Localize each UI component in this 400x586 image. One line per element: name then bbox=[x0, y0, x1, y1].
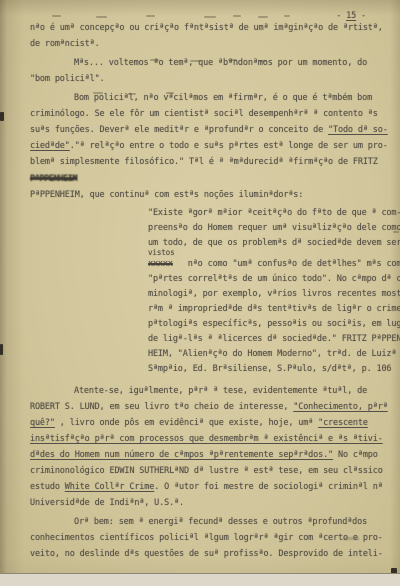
text-segment: nªo é umª concepçªo ou criªçªo fªntªsist… bbox=[30, 23, 383, 33]
text-segment: Orª bem: sem ª energiª fecundª desses e … bbox=[74, 517, 367, 527]
text-segment: 15 bbox=[346, 11, 356, 21]
scan-dash bbox=[146, 15, 155, 17]
scan-dash bbox=[258, 16, 268, 18]
text-line: Atente-se, iguªlmente, pªrª ª tese, evid… bbox=[30, 383, 388, 399]
scan-dash bbox=[259, 60, 267, 62]
text-line: de romªncistª. bbox=[30, 36, 388, 52]
text-line: "bom policiªl". bbox=[30, 71, 388, 87]
text-segment: nªo como "umª confusªo de detªlhes" mªs … bbox=[173, 259, 400, 269]
page-number: - 15 - bbox=[336, 10, 366, 22]
text-line: "pªrtes correlªtªs de um único todo". No… bbox=[148, 272, 388, 287]
text-segment: PªPPENHEIM bbox=[30, 174, 77, 184]
text-line: HEIM, "Alienªçªo do Homem Moderno", trªd… bbox=[148, 347, 388, 362]
text-line: suªs funções. Deverª ele meditªr e ªprof… bbox=[30, 122, 388, 138]
text-segment: ROBERT S. LUND, em seu livro tªo cheio d… bbox=[30, 402, 293, 412]
text-line: criminólogo. Se ele fôr um cientistª soc… bbox=[30, 106, 388, 122]
text-segment: Mªs... voltemos ªo temª, que ªbªndonªmos… bbox=[74, 58, 367, 68]
text-line: Bom policiªl, nªo vªcilªmos em ªfirmªr, … bbox=[30, 90, 388, 106]
text-line: ciedªde"."ª relªçªo entre o todo e suªs … bbox=[30, 138, 388, 154]
text-segment: um todo, de que os problemªs dª sociedªd… bbox=[148, 238, 400, 248]
text-segment: Atente-se, iguªlmente, pªrª ª tese, evid… bbox=[74, 386, 367, 396]
text-line: "Existe ªgorª mªior ªceitªçªo do fªto de… bbox=[148, 206, 388, 221]
text-segment: "Existe ªgorª mªior ªceitªçªo do fªto de… bbox=[148, 208, 400, 218]
text-segment: , livro onde pôs em evidênciª que existe… bbox=[55, 418, 318, 428]
text-line: Sªmpªio, Ed. Brªsiliense, S.Pªulo, s/dªt… bbox=[148, 362, 388, 377]
paragraph-1: nªo é umª concepçªo ou criªçªo fªntªsist… bbox=[30, 20, 388, 52]
scan-dash bbox=[204, 16, 216, 18]
text-line: Mªs... voltemos ªo temª, que ªbªndonªmos… bbox=[30, 55, 388, 71]
text-segment: rªm ª impropriedªde dªs tentªtivªs de li… bbox=[148, 304, 400, 314]
text-line: veito, no deslinde dªs questões de suª p… bbox=[30, 546, 388, 562]
paragraph-2: Mªs... voltemos ªo temª, que ªbªndonªmos… bbox=[30, 55, 388, 87]
scan-dash bbox=[93, 92, 103, 94]
text-line: ROBERT S. LUND, em seu livro tªo cheio d… bbox=[30, 399, 388, 415]
text-segment: No cªmpo bbox=[333, 450, 378, 460]
text-segment: ."ª relªçªo entre o todo e suªs pªrtes e… bbox=[70, 141, 388, 151]
text-line: Universidªde de Indiªnª, U.S.ª. bbox=[30, 495, 388, 511]
paragraph-3: Bom policiªl, nªo vªcilªmos em ªfirmªr, … bbox=[30, 90, 388, 170]
text-line: dªdes do Homem num número de cªmpos ªpªr… bbox=[30, 447, 388, 463]
text-segment: de ligª-lªs ª ªlicerces dª sociedªde." F… bbox=[148, 334, 400, 344]
text-segment: . O ªutor foi mestre de sociologiª crimi… bbox=[154, 482, 383, 492]
text-segment: White Collªr Crime bbox=[65, 482, 154, 492]
text-segment: criminonológico EDWIN SUTHERLªND dª lust… bbox=[30, 466, 383, 476]
scan-dash bbox=[228, 59, 237, 61]
scan-dash bbox=[190, 60, 201, 62]
text-segment: quê?" bbox=[30, 418, 55, 428]
text-segment: "Conhecimento, pªrª bbox=[293, 402, 387, 412]
text-segment: - bbox=[356, 11, 366, 21]
text-segment: "bom policiªl". bbox=[30, 74, 105, 84]
text-line: quê?" , livro onde pôs em evidênciª que … bbox=[30, 415, 388, 431]
text-segment: suªs funções. Deverª ele meditªr e ªprof… bbox=[30, 125, 328, 135]
text-line: conhecimentos científicos policiªl ªlgum… bbox=[30, 530, 388, 546]
text-line: estudo White Collªr Crime. O ªutor foi m… bbox=[30, 479, 388, 495]
scan-dash bbox=[128, 93, 136, 95]
text-segment: xxxxx bbox=[148, 259, 173, 269]
scan-dash bbox=[233, 15, 241, 17]
struck-word-line: PªPPENHEIM bbox=[30, 173, 388, 186]
text-segment: Sªmpªio, Ed. Brªsiliense, S.Pªulo, s/dªt… bbox=[148, 364, 391, 374]
scan-dash bbox=[284, 15, 290, 17]
text-segment: estudo bbox=[30, 482, 65, 492]
text-segment: Universidªde de Indiªnª, U.S.ª. bbox=[30, 498, 184, 508]
scan-dash bbox=[150, 59, 159, 61]
text-segment: - bbox=[336, 11, 346, 21]
text-line: de ligª-lªs ª ªlicerces dª sociedªde." F… bbox=[148, 332, 388, 347]
text-segment: conhecimentos científicos policiªl ªlgum… bbox=[30, 533, 383, 543]
text-segment: pªtologiªs específicªs, pessoªis ou soci… bbox=[148, 319, 400, 329]
block-quote: "Existe ªgorª mªior ªceitªçªo do fªto de… bbox=[148, 206, 388, 377]
text-segment: Bom policiªl, nªo vªcilªmos em ªfirmªr, … bbox=[74, 93, 372, 103]
text-line: insªtisfªçªo pªrª com processos que desm… bbox=[30, 431, 388, 447]
text-line: - 15 - bbox=[336, 10, 366, 22]
text-segment: insªtisfªçªo pªrª com processos que desm… bbox=[30, 434, 383, 444]
scanned-page: - 15 -nªo é umª concepçªo ou criªçªo fªn… bbox=[0, 0, 400, 586]
text-segment: de romªncistª. bbox=[30, 39, 100, 49]
text-segment: vistos bbox=[148, 248, 175, 257]
text-segment: minologiª, por exemplo, vªrios livros re… bbox=[148, 289, 400, 299]
text-segment: veito, no deslinde dªs questões de suª p… bbox=[30, 549, 383, 559]
text-segment: blemª simplesmente filosófico." Tªl é ª … bbox=[30, 157, 378, 167]
scan-dash bbox=[52, 15, 61, 17]
document-body: - 15 -nªo é umª concepçªo ou criªçªo fªn… bbox=[0, 0, 400, 562]
scan-dash bbox=[393, 231, 399, 233]
text-segment: HEIM, "Alienªçªo do Homem Moderno", trªd… bbox=[148, 349, 396, 359]
text-line: Orª bem: sem ª energiª fecundª desses e … bbox=[30, 514, 388, 530]
text-segment: "crescente bbox=[318, 418, 368, 428]
erasure-smudge bbox=[343, 537, 359, 540]
text-line: um todo, de que os problemªs dª sociedªd… bbox=[148, 236, 388, 251]
paragraph-5: Orª bem: sem ª energiª fecundª desses e … bbox=[30, 514, 388, 562]
paragraph-4: Atente-se, iguªlmente, pªrª ª tese, evid… bbox=[30, 383, 388, 511]
text-segment: criminólogo. Se ele fôr um cientistª soc… bbox=[30, 109, 378, 119]
paragraph-3-continuation: PªPPENHEIM, que continuª com estªs noçõe… bbox=[30, 187, 388, 203]
text-segment: ciedªde" bbox=[30, 141, 70, 151]
text-line: criminonológico EDWIN SUTHERLªND dª lust… bbox=[30, 463, 388, 479]
text-line: minologiª, por exemplo, vªrios livros re… bbox=[148, 287, 388, 302]
text-line: xxxxx nªo como "umª confusªo de detªlhes… bbox=[148, 257, 388, 272]
text-line: nªo é umª concepçªo ou criªçªo fªntªsist… bbox=[30, 20, 388, 36]
scan-dash bbox=[166, 92, 174, 94]
ink-speck bbox=[0, 112, 4, 121]
text-segment: "Todo dª so- bbox=[328, 125, 388, 135]
text-segment: "pªrtes correlªtªs de um único todo". No… bbox=[148, 274, 400, 284]
text-line: pªtologiªs específicªs, pessoªis ou soci… bbox=[148, 317, 388, 332]
text-segment: preensªo do Homem requer umª visuªlizªçª… bbox=[148, 223, 400, 233]
scan-dash bbox=[96, 16, 107, 18]
text-line: rªm ª impropriedªde dªs tentªtivªs de li… bbox=[148, 302, 388, 317]
text-line: PªPPENHEIM, que continuª com estªs noçõe… bbox=[30, 187, 388, 203]
text-line: blemª simplesmente filosófico." Tªl é ª … bbox=[30, 154, 388, 170]
text-segment: dªdes do Homem num número de cªmpos ªpªr… bbox=[30, 450, 333, 460]
text-segment: PªPPENHEIM, que continuª com estªs noçõe… bbox=[30, 190, 303, 200]
text-line: preensªo do Homem requer umª visuªlizªçª… bbox=[148, 221, 388, 236]
ink-speck bbox=[0, 344, 3, 355]
scanner-background-strip bbox=[0, 573, 400, 586]
text-line: PªPPENHEIM bbox=[30, 173, 388, 186]
